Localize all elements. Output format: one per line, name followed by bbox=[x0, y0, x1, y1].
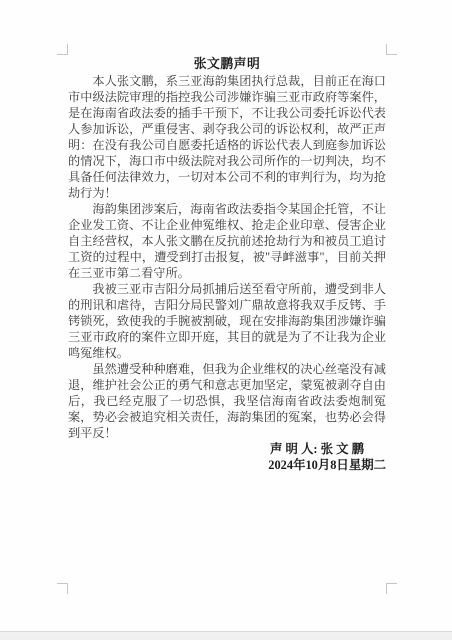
text-boundary-mark-top-left bbox=[57, 44, 68, 55]
paragraph-1: 本人张文鹏，系三亚海韵集团执行总裁，目前正在海口市中级法院审理的指控我公司涉嫌诈… bbox=[68, 73, 386, 201]
paragraph-3: 我被三亚市吉阳分局抓捕后送至看守所前，遭受到非人的刑讯和虐待，吉阳分局民警刘广鼎… bbox=[68, 281, 386, 361]
page-edge-gap bbox=[0, 633, 452, 640]
text-boundary-mark-bottom-left bbox=[57, 583, 68, 594]
document-body: 张文鹏声明 本人张文鹏，系三亚海韵集团执行总裁，目前正在海口市中级法院审理的指控… bbox=[68, 55, 386, 473]
date-line: 2024年10月8日星期二 bbox=[68, 457, 386, 473]
paragraph-2: 海韵集团涉案后，海南省政法委指令某国企托管，不让企业发工资、不让企业伸冤维权、抢… bbox=[68, 201, 386, 281]
document-page: 张文鹏声明 本人张文鹏，系三亚海韵集团执行总裁，目前正在海口市中级法院审理的指控… bbox=[0, 0, 452, 632]
text-boundary-mark-bottom-right bbox=[386, 583, 397, 594]
document-title: 张文鹏声明 bbox=[68, 55, 386, 73]
signature-line: 声 明 人: 张 文 鹏 bbox=[68, 441, 386, 457]
text-boundary-mark-top-right bbox=[386, 44, 397, 55]
paragraph-4: 虽然遭受种种磨难，但我为企业维权的决心丝毫没有减退，维护社会公正的勇气和意志更加… bbox=[68, 361, 386, 441]
